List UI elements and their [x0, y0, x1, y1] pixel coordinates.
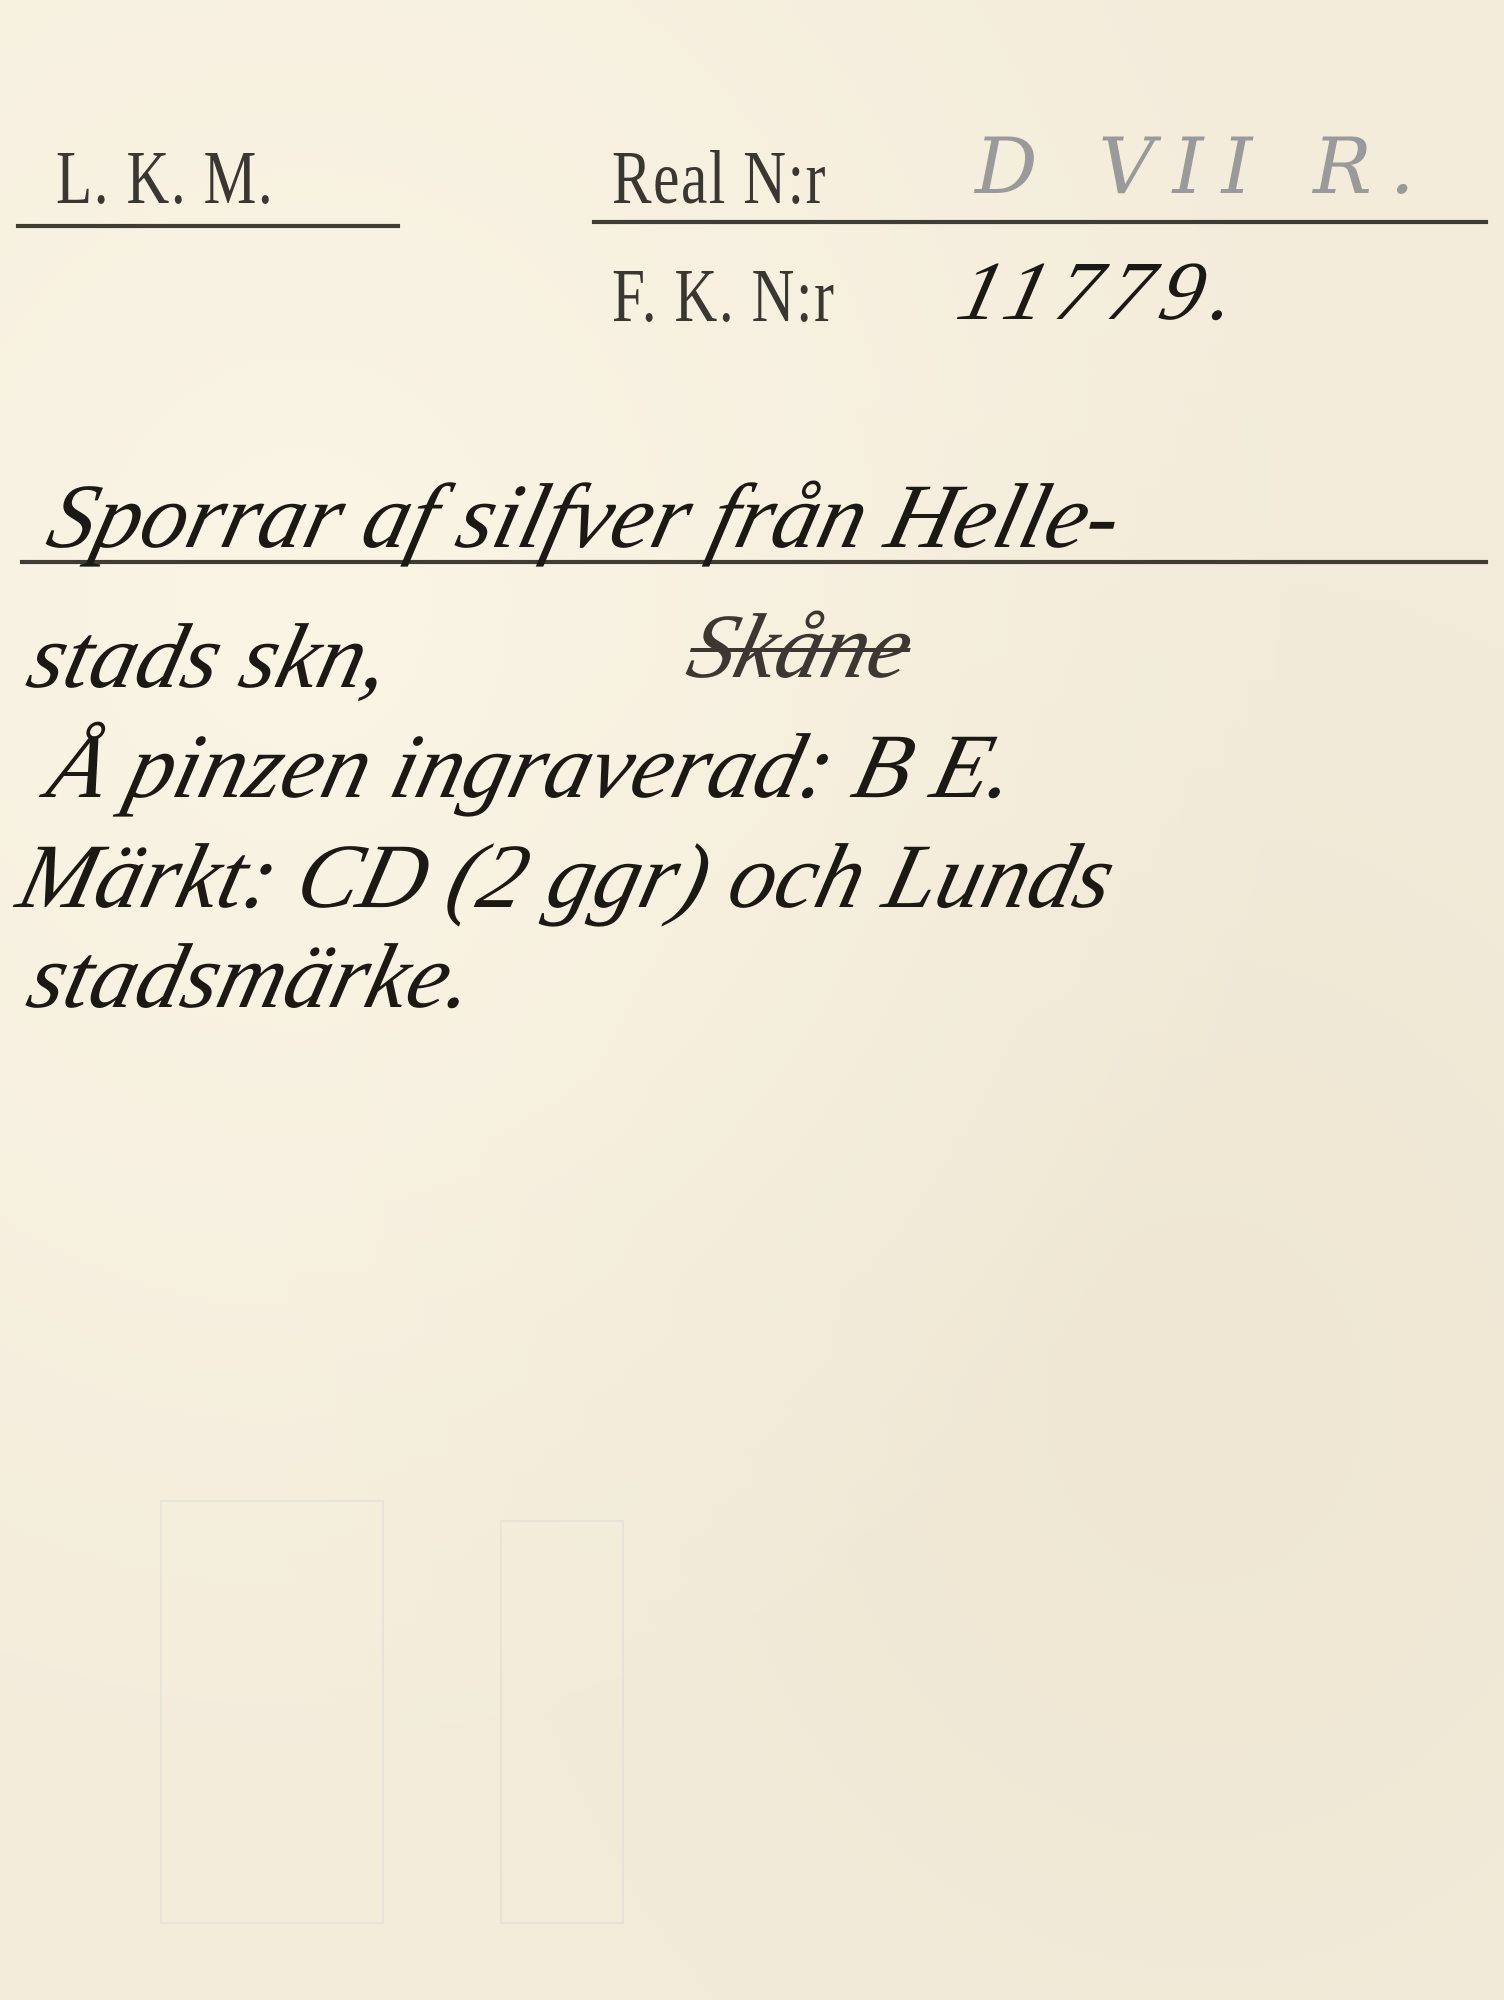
fk-nr-value: 11779.: [950, 250, 1256, 334]
institution-label: L. K. M.: [56, 140, 274, 216]
fk-nr-label: F. K. N:r: [612, 258, 835, 334]
bleed-through-mark: [160, 1500, 384, 1924]
header-rule-right: [592, 220, 1488, 224]
description-line-2: stads skn,: [20, 610, 401, 702]
description-line-5: stadsmärke.: [20, 930, 485, 1022]
real-nr-label: Real N:r: [612, 140, 827, 216]
description-line-4: Märkt: CD (2 ggr) och Lunds: [10, 830, 1124, 922]
real-nr-value: D VII R.: [975, 128, 1433, 206]
bleed-through-mark: [500, 1520, 624, 1924]
header-rule-left: [16, 224, 400, 228]
description-inserted-word: Skåne: [680, 600, 923, 692]
description-line-1: Sporrar af silfver från Helle-: [40, 470, 1131, 562]
description-line-3: Å pinzen ingraverad: B E.: [40, 720, 1026, 812]
